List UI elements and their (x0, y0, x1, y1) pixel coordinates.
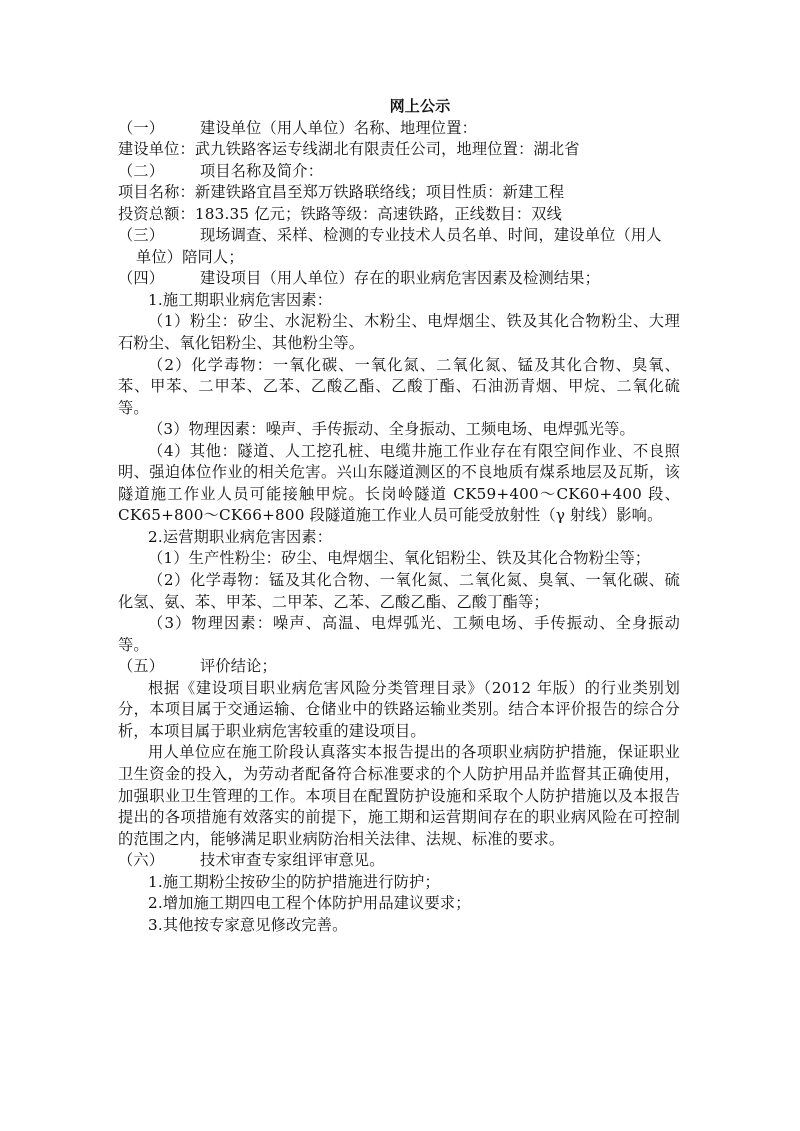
section-2-heading: （二）项目名称及简介： (118, 161, 680, 183)
section-number: （六） (118, 850, 200, 872)
review-opinion-item: 2.增加施工期四电工程个体防护用品建议要求； (118, 893, 680, 915)
construction-hazard-item: （2）化学毒物：一氧化碳、一氧化氮、二氧化氮、锰及其化合物、臭氧、苯、甲苯、二甲… (118, 355, 680, 420)
section-title: 评价结论； (200, 657, 277, 675)
project-name-line: 项目名称：新建铁路宜昌至郑万铁路联络线；项目性质：新建工程 (118, 182, 680, 204)
section-3-heading-cont: 单位）陪同人； (118, 247, 680, 269)
section-6-heading: （六）技术审查专家组评审意见。 (118, 850, 680, 872)
section-number: （二） (118, 161, 200, 183)
review-opinion-item: 3.其他按专家意见修改完善。 (118, 915, 680, 937)
section-1-heading: （一）建设单位（用人单位）名称、地理位置： (118, 118, 680, 140)
section-title: 项目名称及简介： (200, 162, 323, 180)
section-number: （四） (118, 268, 200, 290)
section-3-heading: （三）现场调查、采样、检测的专业技术人员名单、时间，建设单位（用人 (118, 225, 680, 247)
section-title: 现场调查、采样、检测的专业技术人员名单、时间，建设单位（用人 (200, 226, 662, 244)
investment-line: 投资总额：183.35 亿元；铁路等级：高速铁路，正线数目：双线 (118, 204, 680, 226)
document-page: 网上公示 （一）建设单位（用人单位）名称、地理位置： 建设单位：武九铁路客运专线… (118, 96, 680, 936)
section-number: （五） (118, 656, 200, 678)
construction-hazards-title: 1.施工期职业病危害因素： (118, 290, 680, 312)
conclusion-paragraph: 用人单位应在施工阶段认真落实本报告提出的各项职业病防护措施，保证职业卫生资金的投… (118, 742, 680, 850)
section-4-heading: （四）建设项目（用人单位）存在的职业病危害因素及检测结果； (118, 268, 680, 290)
operation-hazard-item: （3）物理因素：噪声、高温、电焊弧光、工频电场、手传振动、全身振动等。 (118, 613, 680, 656)
page-title: 网上公示 (118, 96, 680, 118)
section-number: （一） (118, 118, 200, 140)
section-title: 建设单位（用人单位）名称、地理位置： (200, 119, 477, 137)
review-opinion-item: 1.施工期粉尘按矽尘的防护措施进行防护； (118, 872, 680, 894)
operation-hazard-item: （2）化学毒物：锰及其化合物、一氧化氮、二氧化氮、臭氧、一氧化碳、硫化氢、氨、苯… (118, 570, 680, 613)
section-number: （三） (118, 225, 200, 247)
operation-hazard-item: （1）生产性粉尘：矽尘、电焊烟尘、氧化铝粉尘、铁及其化合物粉尘等； (118, 548, 680, 570)
section-title: 建设项目（用人单位）存在的职业病危害因素及检测结果； (200, 269, 600, 287)
section-1-content: 建设单位：武九铁路客运专线湖北有限责任公司，地理位置：湖北省 (118, 139, 680, 161)
section-title: 技术审查专家组评审意见。 (200, 851, 385, 869)
conclusion-paragraph: 根据《建设项目职业病危害风险分类管理目录》（2012 年版）的行业类别划分，本项… (118, 678, 680, 743)
construction-hazard-item: （3）物理因素：噪声、手传振动、全身振动、工频电场、电焊弧光等。 (118, 419, 680, 441)
construction-hazard-item: （4）其他：隧道、人工挖孔桩、电缆井施工作业存在有限空间作业、不良照明、强迫体位… (118, 441, 680, 527)
construction-hazard-item: （1）粉尘：矽尘、水泥粉尘、木粉尘、电焊烟尘、铁及其化合物粉尘、大理石粉尘、氧化… (118, 311, 680, 354)
section-5-heading: （五）评价结论； (118, 656, 680, 678)
operation-hazards-title: 2.运营期职业病危害因素： (118, 527, 680, 549)
